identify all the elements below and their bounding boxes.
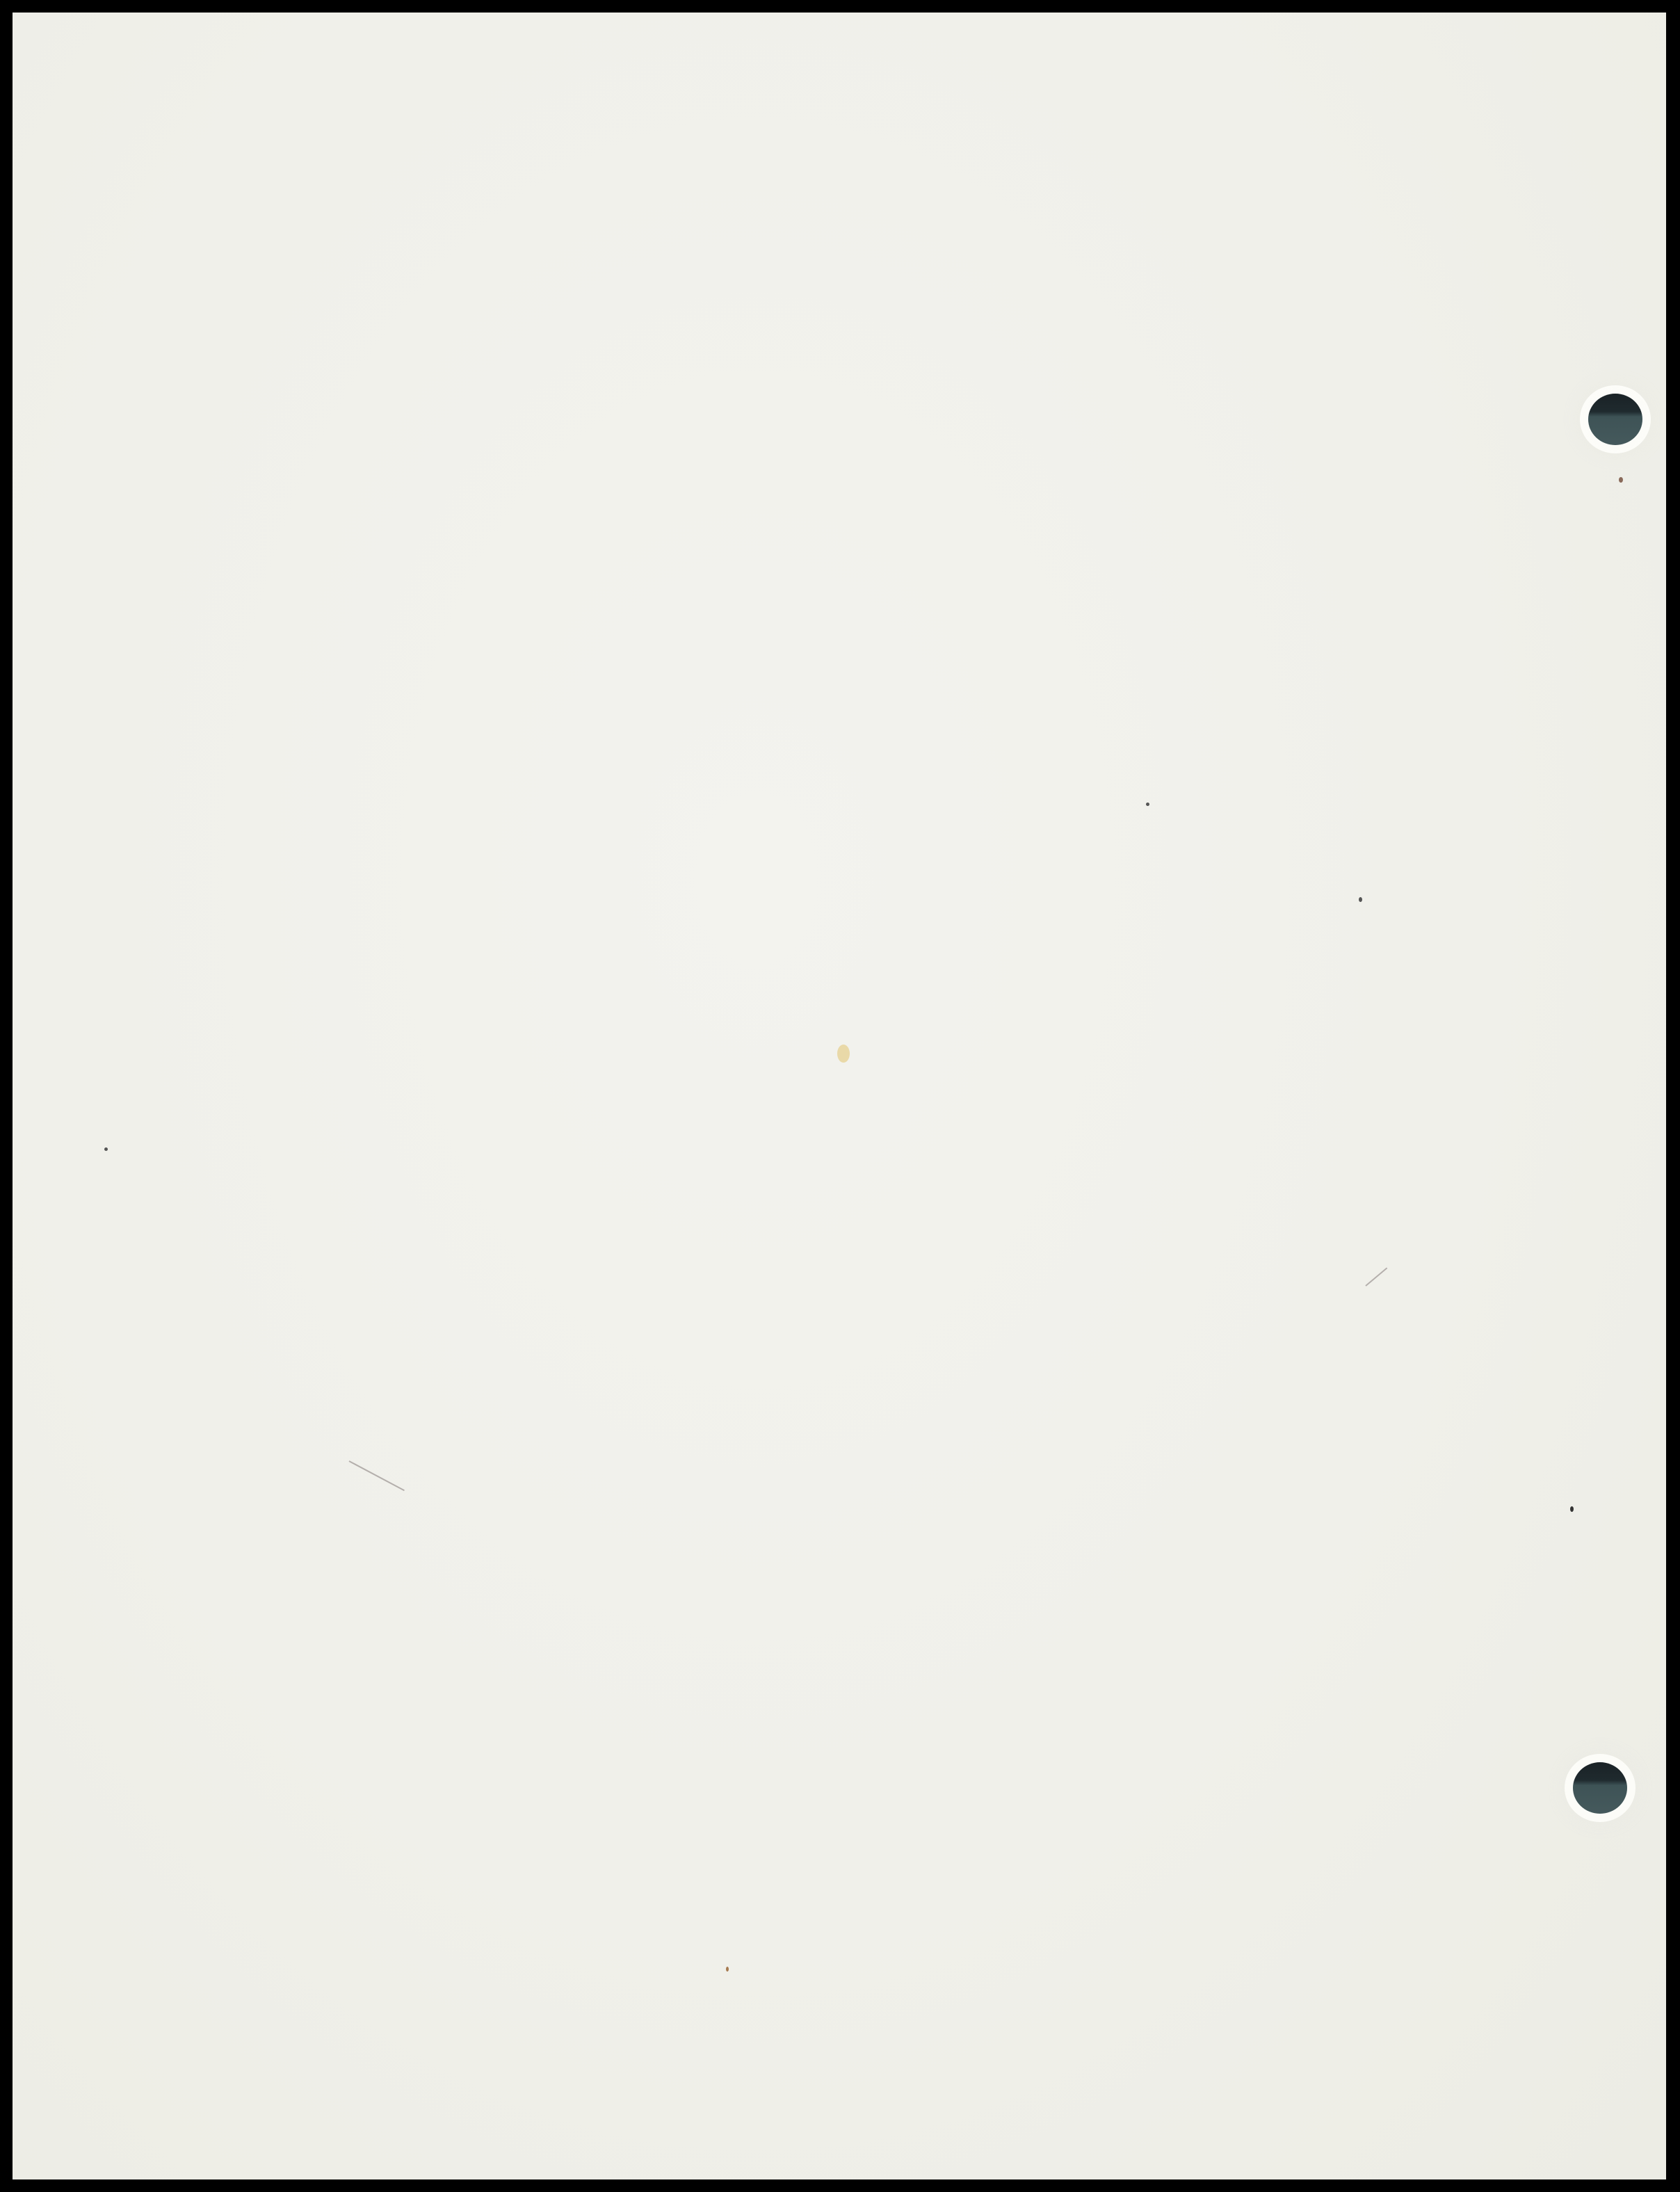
paper-speck bbox=[104, 1147, 108, 1151]
paper-speck bbox=[837, 1045, 850, 1063]
paper-fiber bbox=[1365, 1268, 1387, 1287]
paper-speck bbox=[1359, 897, 1362, 902]
paper-speck bbox=[726, 1967, 729, 1972]
paper-fiber bbox=[349, 1460, 405, 1491]
paper-speck bbox=[1146, 803, 1149, 806]
punch-hole-bottom bbox=[1573, 1762, 1627, 1814]
paper-speck bbox=[1619, 477, 1623, 483]
blank-page bbox=[13, 13, 1666, 2179]
paper-speck bbox=[1570, 1506, 1574, 1512]
punch-hole-top bbox=[1588, 394, 1642, 445]
